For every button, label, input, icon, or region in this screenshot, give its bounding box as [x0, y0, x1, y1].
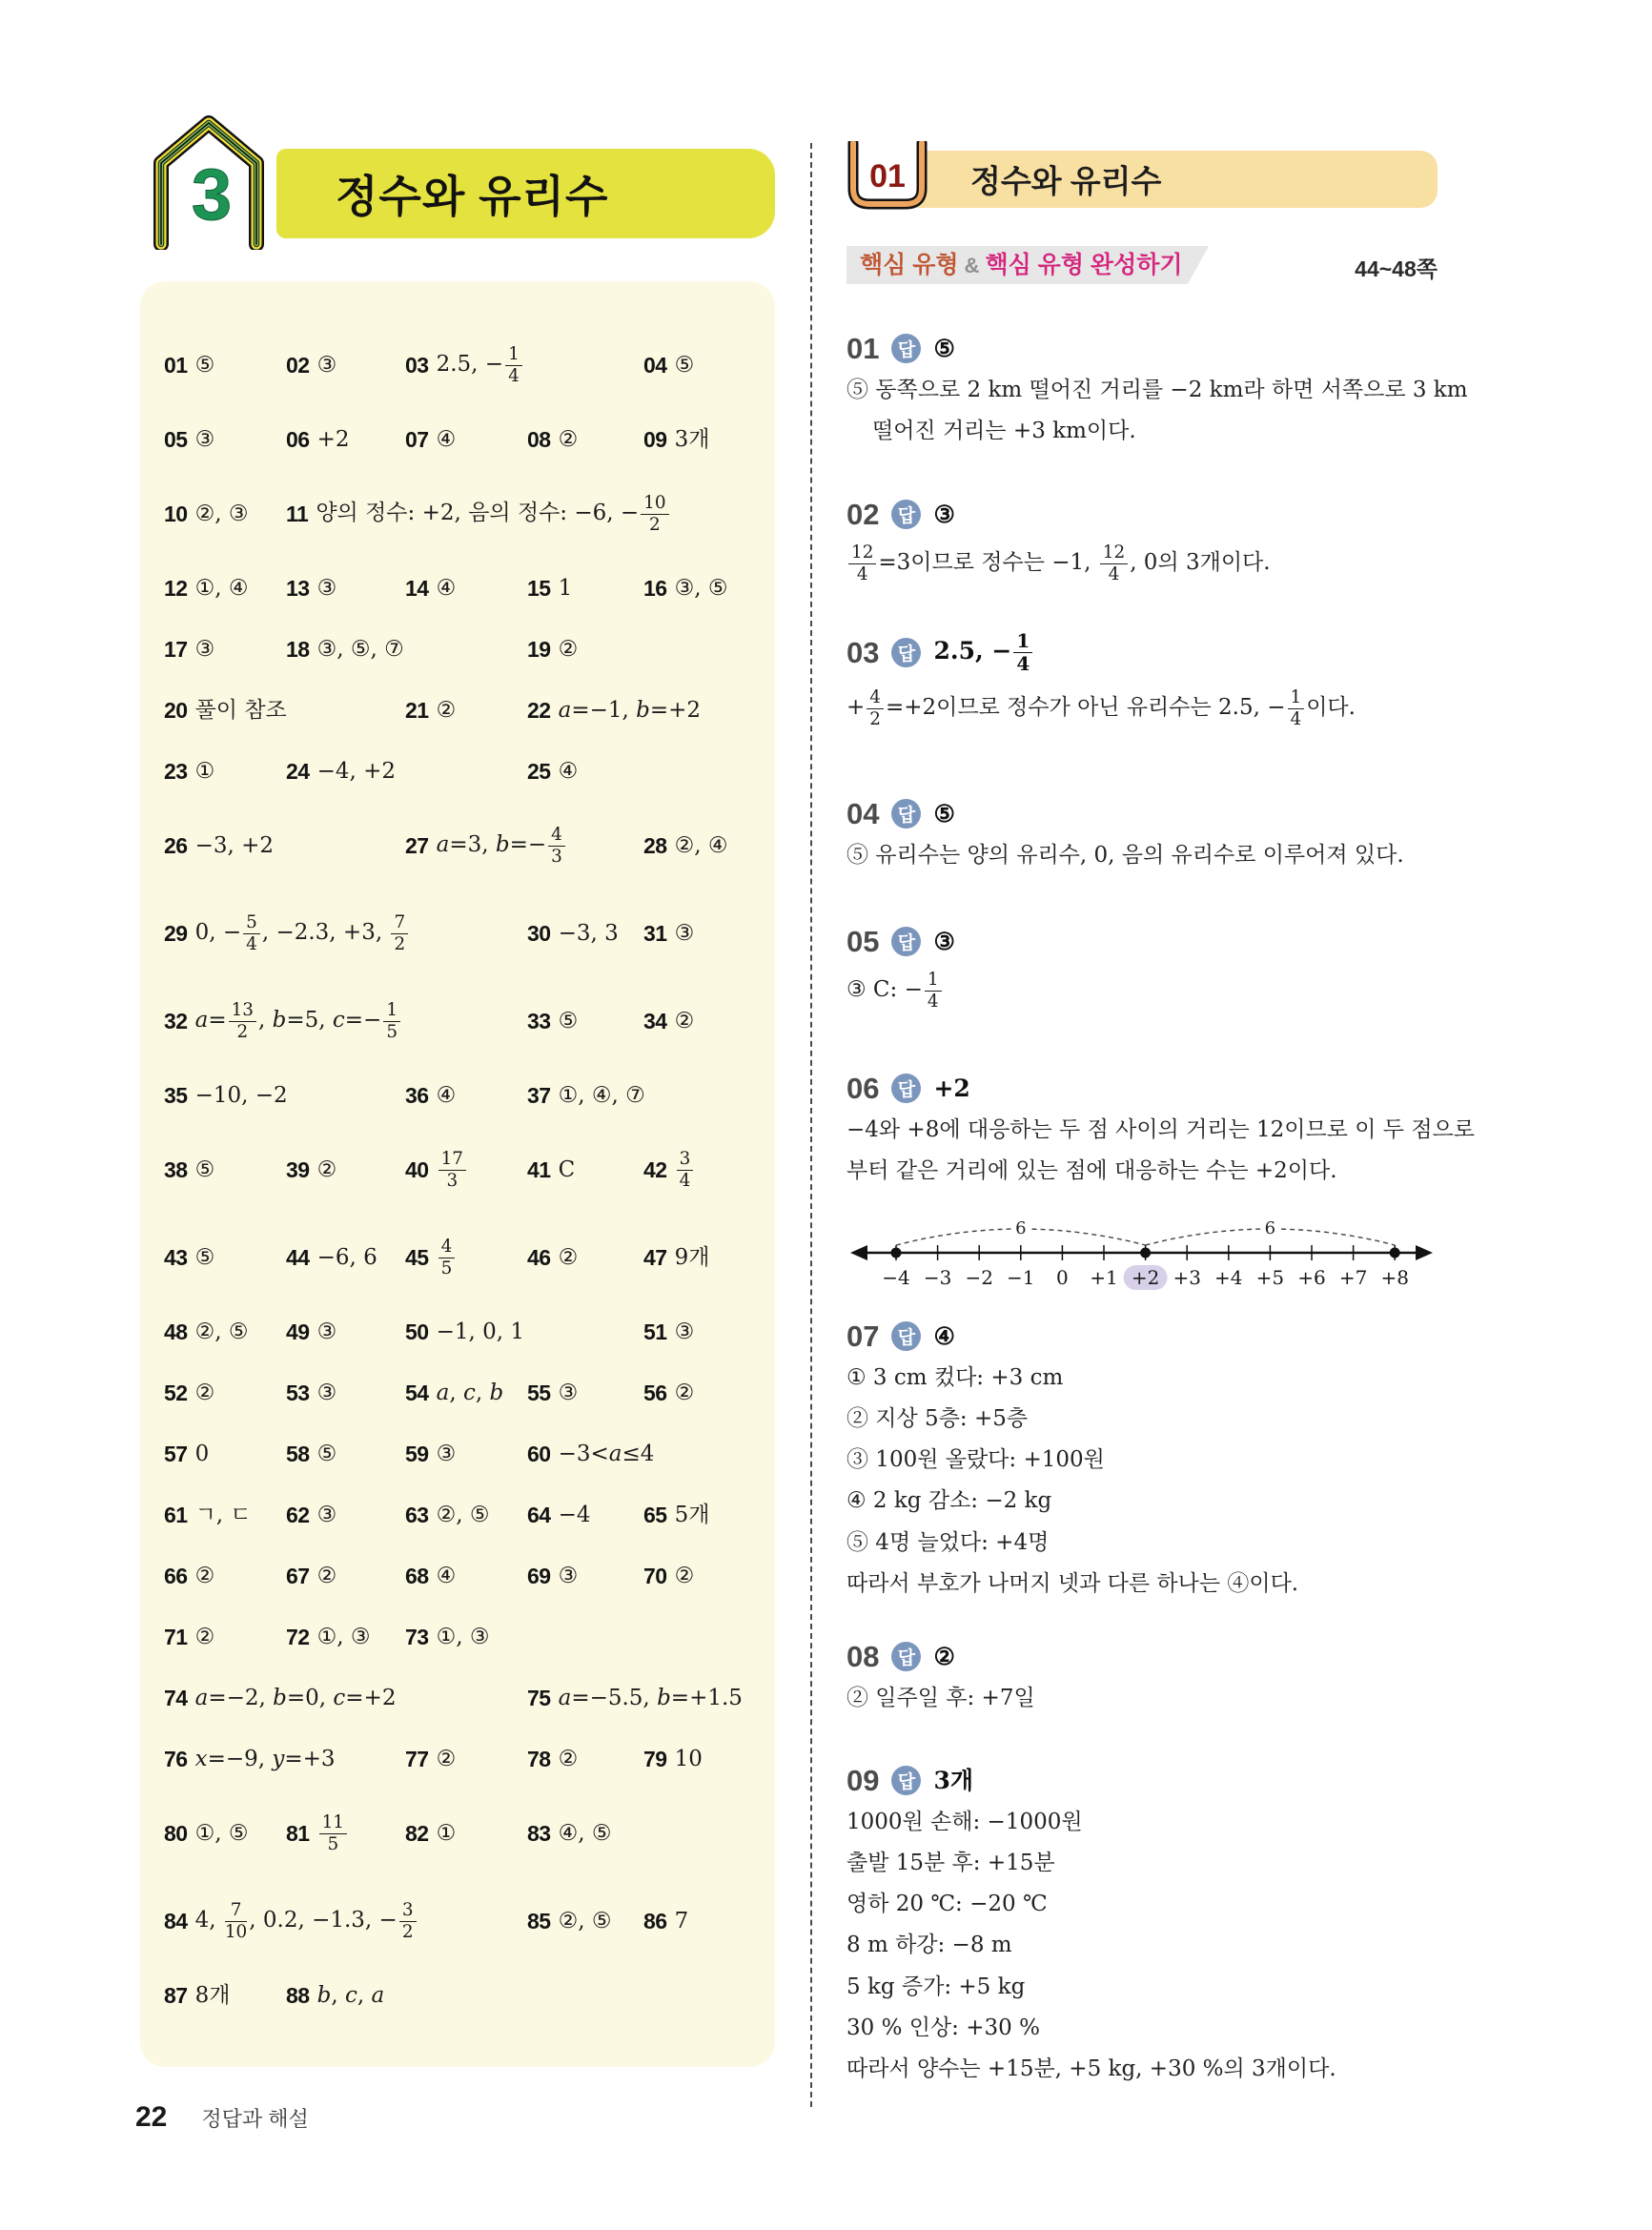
solution-head: 06 답 +2	[846, 1074, 1445, 1103]
answer-item: 40 173	[405, 1150, 468, 1190]
solution-line: ⑤ 동쪽으로 2 km 떨어진 거리를 −2 km라 하면 서쪽으로 3 km	[846, 378, 1445, 403]
answer-value: ②	[559, 637, 579, 662]
answer-value: ③, ⑤, ⑦	[317, 637, 404, 662]
answer-number: 04	[643, 355, 667, 377]
solution-block: 03 답 2.5, −14 +42=+2이므로 정수가 아닌 유리수는 2.5,…	[846, 631, 1445, 744]
answer-row: 84 4, 710, 0.2, −1.3, −32 85 ②, ⑤ 86 7	[164, 1877, 774, 1965]
solution-answer: ④	[933, 1323, 954, 1350]
answer-value: ②	[195, 1381, 215, 1405]
fraction: 710	[225, 1901, 247, 1941]
answer-value: ③	[195, 637, 215, 662]
answer-number: 45	[405, 1247, 429, 1269]
answer-item: 84 4, 710, 0.2, −1.3, −32	[164, 1901, 418, 1941]
answer-value: 173	[437, 1150, 468, 1190]
answer-item: 09 3개	[643, 427, 709, 452]
fraction: 54	[243, 913, 260, 953]
answer-value: a=−1, b=+2	[559, 698, 701, 723]
solution-line: 8 m 하강: −8 m	[846, 1933, 1445, 1958]
answer-number: 54	[405, 1382, 429, 1404]
answer-value: 45	[437, 1238, 458, 1278]
answer-number: 08	[527, 429, 551, 451]
solution-line: ③ C: −14	[846, 971, 1445, 1011]
fraction: 124	[848, 543, 876, 583]
answer-badge-icon: 답	[891, 1766, 921, 1795]
answer-row: 05 ③ 06 +2 07 ④ 08 ② 09 3개	[164, 409, 774, 470]
answer-value: ①, ④	[195, 576, 249, 601]
answer-value: ②	[195, 1564, 215, 1588]
answer-number: 41	[527, 1159, 551, 1181]
answer-value: ①, ③	[317, 1625, 371, 1649]
answer-row: 32 a=132, b=5, c=−15 33 ⑤ 34 ②	[164, 977, 774, 1065]
fraction: 42	[867, 688, 884, 728]
answer-item: 54 a, c, b	[405, 1381, 503, 1405]
answer-item: 68 ④	[405, 1564, 456, 1588]
answer-number: 21	[405, 700, 429, 722]
answer-row: 87 8개 88 b, c, a	[164, 1965, 774, 2026]
answer-value: ③	[675, 921, 695, 946]
answer-item: 83 ④, ⑤	[527, 1821, 611, 1846]
point-dot	[891, 1248, 902, 1258]
chapter-house-icon: 3	[132, 103, 286, 250]
solution-head: 09 답 3개	[846, 1766, 1445, 1795]
solution-line: ⑤ 4명 늘었다: +4명	[846, 1530, 1445, 1556]
answer-number: 57	[164, 1443, 188, 1465]
answer-item: 50 −1, 0, 1	[405, 1320, 524, 1344]
answer-value: ②	[317, 1157, 337, 1182]
answer-value: ③	[317, 576, 337, 601]
answer-badge-icon: 답	[891, 1642, 921, 1671]
fraction: 14	[1013, 631, 1032, 674]
solution-line: 30 % 인상: +30 %	[846, 2015, 1445, 2041]
fraction: 15	[383, 1001, 400, 1041]
answer-value: a=3, b=−43	[437, 826, 567, 866]
section-type-bar: 핵심 유형&핵심 유형 완성하기	[846, 246, 1209, 284]
answer-value: ③	[675, 1320, 695, 1344]
answer-item: 06 +2	[286, 427, 350, 452]
solution-body: ⑤ 유리수는 양의 유리수, 0, 음의 유리수로 이루어져 있다.	[846, 843, 1445, 869]
answer-item: 35 −10, −2	[164, 1083, 288, 1108]
solution-body: +42=+2이므로 정수가 아닌 유리수는 2.5, −14이다.	[846, 688, 1445, 728]
solution-line: 출발 15분 후: +15분	[846, 1851, 1445, 1876]
solution-block: 06 답 +2 −4와 +8에 대응하는 두 점 사이의 거리는 12이므로 이…	[846, 1074, 1445, 1298]
answer-value: ②	[195, 1625, 215, 1649]
answer-number: 49	[286, 1321, 310, 1343]
answer-box: 01 ⑤ 02 ③ 03 2.5, −14 04 ⑤ 05 ③ 06 +2 07…	[140, 281, 775, 2067]
answer-number: 70	[643, 1565, 667, 1587]
solution-answer: ②	[933, 1644, 954, 1670]
answer-value: a=−2, b=0, c=+2	[195, 1686, 397, 1710]
answer-value: ①	[437, 1821, 457, 1846]
answer-value: −6, 6	[317, 1245, 377, 1270]
section-label-core-type: 핵심 유형	[860, 252, 959, 278]
answer-number: 88	[286, 1985, 310, 2007]
answer-value: 양의 정수: +2, 음의 정수: −6, −102	[316, 494, 670, 534]
answer-value: ③	[317, 1503, 337, 1527]
fraction: 124	[1100, 543, 1128, 583]
answer-item: 27 a=3, b=−43	[405, 826, 567, 866]
answer-number: 12	[164, 578, 188, 600]
answer-value: ②	[559, 427, 579, 452]
answer-number: 06	[286, 429, 310, 451]
solution-line: ② 일주일 후: +7일	[846, 1686, 1445, 1711]
answer-item: 70 ②	[643, 1564, 694, 1588]
answer-value: ④, ⑤	[559, 1821, 612, 1846]
answer-item: 21 ②	[405, 698, 456, 723]
fraction: 32	[399, 1901, 417, 1941]
solution-block: 04 답 ⑤ ⑤ 유리수는 양의 유리수, 0, 음의 유리수로 이루어져 있다…	[846, 799, 1445, 884]
solution-block: 08 답 ② ② 일주일 후: +7일	[846, 1642, 1445, 1727]
answer-item: 77 ②	[405, 1747, 456, 1771]
fraction: 14	[505, 345, 522, 385]
solution-head: 02 답 ③	[846, 500, 1445, 529]
answer-value: −3<a≤4	[559, 1442, 655, 1466]
answer-item: 25 ④	[527, 759, 578, 784]
solution-line: ② 지상 5층: +5층	[846, 1406, 1445, 1432]
answer-number: 73	[405, 1626, 429, 1648]
answer-value: ①	[195, 759, 215, 784]
answer-value: ④	[559, 759, 579, 784]
solution-number: 08	[846, 1642, 879, 1671]
answer-item: 82 ①	[405, 1821, 456, 1846]
fraction: 173	[438, 1150, 466, 1190]
solution-line: 124=3이므로 정수는 −1, 124, 0의 3개이다.	[846, 543, 1445, 583]
answer-item: 73 ①, ③	[405, 1625, 489, 1649]
answer-value: ④	[437, 1083, 457, 1108]
answer-value: ②, ③	[195, 501, 249, 526]
answer-item: 52 ②	[164, 1381, 214, 1405]
answer-row: 80 ①, ⑤ 81 115 82 ① 83 ④, ⑤	[164, 1790, 774, 1877]
answer-number: 22	[527, 700, 551, 722]
answer-number: 46	[527, 1247, 551, 1269]
fraction: 102	[641, 494, 668, 534]
answer-item: 11 양의 정수: +2, 음의 정수: −6, −102	[286, 494, 671, 534]
answer-value: 9개	[675, 1245, 710, 1270]
answer-number: 62	[286, 1504, 310, 1526]
answer-value: 0, −54, −2.3, +3, 72	[195, 913, 411, 953]
answer-item: 19 ②	[527, 637, 578, 662]
answer-item: 63 ②, ⑤	[405, 1503, 489, 1527]
answer-number: 23	[164, 761, 188, 783]
answer-number: 60	[527, 1443, 551, 1465]
solution-block: 09 답 3개 1000원 손해: −1000원출발 15분 후: +15분영하…	[846, 1766, 1445, 2097]
tick-label: +4	[1214, 1266, 1242, 1289]
answer-number: 65	[643, 1504, 667, 1526]
solution-answer: ③	[933, 929, 954, 955]
answer-item: 60 −3<a≤4	[527, 1442, 654, 1466]
unit-number-bracket-icon: 01	[843, 141, 932, 214]
answer-value: ⑤	[195, 1245, 215, 1270]
answer-badge-icon: 답	[891, 927, 921, 956]
solution-body: ① 3 cm 컸다: +3 cm② 지상 5층: +5층③ 100원 올랐다: …	[846, 1365, 1445, 1597]
answer-number: 36	[405, 1085, 429, 1107]
answer-value: 4, 710, 0.2, −1.3, −32	[195, 1901, 418, 1941]
answer-value: ②	[675, 1564, 695, 1588]
answer-item: 08 ②	[527, 427, 578, 452]
answer-row: 35 −10, −2 36 ④ 37 ①, ④, ⑦	[164, 1065, 774, 1126]
answer-item: 18 ③, ⑤, ⑦	[286, 637, 404, 662]
answer-number: 17	[164, 639, 188, 661]
answer-number: 05	[164, 429, 188, 451]
answer-value: a, c, b	[437, 1381, 504, 1405]
answer-item: 64 −4	[527, 1503, 591, 1527]
solution-block: 02 답 ③ 124=3이므로 정수는 −1, 124, 0의 3개이다.	[846, 500, 1445, 599]
answer-number: 84	[164, 1911, 188, 1933]
solution-head: 08 답 ②	[846, 1642, 1445, 1671]
answer-item: 34 ②	[643, 1009, 694, 1033]
answer-number: 69	[527, 1565, 551, 1587]
answer-number: 72	[286, 1626, 310, 1648]
answer-item: 23 ①	[164, 759, 214, 784]
answer-item: 33 ⑤	[527, 1009, 578, 1033]
answer-item: 71 ②	[164, 1625, 214, 1649]
answer-value: 5개	[675, 1503, 710, 1527]
answer-value: b, c, a	[317, 1983, 385, 2008]
fraction: 132	[229, 1001, 256, 1041]
answer-row: 23 ① 24 −4, +2 25 ④	[164, 741, 774, 802]
answer-number: 79	[643, 1749, 667, 1770]
answer-number: 80	[164, 1823, 188, 1845]
answer-value: ②	[559, 1747, 579, 1771]
answer-number: 86	[643, 1911, 667, 1933]
solution-line: 5 kg 증가: +5 kg	[846, 1974, 1445, 2000]
answer-number: 18	[286, 639, 310, 661]
solution-number: 06	[846, 1074, 879, 1103]
answer-number: 56	[643, 1382, 667, 1404]
answer-value: a=132, b=5, c=−15	[195, 1001, 402, 1041]
answer-row: 17 ③ 18 ③, ⑤, ⑦ 19 ②	[164, 619, 774, 680]
answer-item: 75 a=−5.5, b=+1.5	[527, 1686, 743, 1710]
answer-number: 55	[527, 1382, 551, 1404]
solution-line: 영하 20 ℃: −20 ℃	[846, 1892, 1445, 1917]
answer-number: 29	[164, 923, 188, 945]
answer-number: 30	[527, 923, 551, 945]
answer-value: ㄱ, ㄷ	[195, 1503, 252, 1527]
answer-value: ③	[195, 427, 215, 452]
answer-number: 34	[643, 1011, 667, 1033]
answer-item: 07 ④	[405, 427, 456, 452]
answer-item: 56 ②	[643, 1381, 694, 1405]
solution-body: 1000원 손해: −1000원출발 15분 후: +15분영하 20 ℃: −…	[846, 1810, 1445, 2082]
answer-item: 53 ③	[286, 1381, 337, 1405]
answer-item: 41 C	[527, 1157, 575, 1182]
solution-answer: ⑤	[933, 801, 954, 828]
answer-value: ③, ⑤	[675, 576, 728, 601]
answer-item: 87 8개	[164, 1983, 230, 2008]
answer-number: 61	[164, 1504, 188, 1526]
point-dot	[1140, 1248, 1151, 1258]
answer-value: 3개	[675, 427, 710, 452]
solution-body: ② 일주일 후: +7일	[846, 1686, 1445, 1711]
answer-number: 52	[164, 1382, 188, 1404]
answer-number: 68	[405, 1565, 429, 1587]
point-dot	[1390, 1248, 1400, 1258]
solution-number: 03	[846, 638, 879, 667]
answer-value: 풀이 참조	[195, 698, 287, 723]
answer-value: ②	[437, 1747, 457, 1771]
answer-value: ②	[559, 1245, 579, 1270]
solution-body: ③ C: −14	[846, 971, 1445, 1011]
answer-value: ⑤	[675, 353, 695, 378]
answer-number: 11	[286, 503, 308, 525]
answer-item: 57 0	[164, 1442, 209, 1466]
solution-line: ① 3 cm 컸다: +3 cm	[846, 1365, 1445, 1391]
answer-badge-icon: 답	[891, 638, 921, 667]
answer-row: 57 0 58 ⑤ 59 ③ 60 −3<a≤4	[164, 1423, 774, 1484]
answer-item: 66 ②	[164, 1564, 214, 1588]
answer-badge-icon: 답	[891, 799, 921, 829]
answer-item: 29 0, −54, −2.3, +3, 72	[164, 913, 410, 953]
answer-item: 48 ②, ⑤	[164, 1320, 248, 1344]
unit-banner: 정수와 유리수	[915, 151, 1438, 208]
solution-line: ⑤ 유리수는 양의 유리수, 0, 음의 유리수로 이루어져 있다.	[846, 843, 1445, 869]
answer-value: ②, ⑤	[195, 1320, 249, 1344]
answer-number: 71	[164, 1626, 188, 1648]
unit-title: 정수와 유리수	[970, 157, 1161, 202]
answer-badge-icon: 답	[891, 1321, 921, 1351]
answer-item: 17 ③	[164, 637, 214, 662]
answer-item: 72 ①, ③	[286, 1625, 370, 1649]
answer-item: 28 ②, ④	[643, 833, 727, 858]
answer-number: 50	[405, 1321, 429, 1343]
answer-value: −4, +2	[317, 759, 396, 784]
answer-item: 37 ①, ④, ⑦	[527, 1083, 645, 1108]
answer-badge-icon: 답	[891, 1074, 921, 1103]
answer-number: 66	[164, 1565, 188, 1587]
answer-number: 10	[164, 503, 188, 525]
solution-line: ③ 100원 올랐다: +100원	[846, 1447, 1445, 1473]
answer-item: 47 9개	[643, 1245, 709, 1270]
column-divider	[810, 143, 812, 2107]
answer-row: 52 ② 53 ③ 54 a, c, b 55 ③ 56 ②	[164, 1362, 774, 1423]
answer-number: 76	[164, 1749, 188, 1770]
solution-block: 05 답 ③ ③ C: −14	[846, 927, 1445, 1026]
answer-value: +2	[317, 427, 350, 452]
answer-item: 80 ①, ⑤	[164, 1821, 248, 1846]
answer-row: 48 ②, ⑤ 49 ③ 50 −1, 0, 1 51 ③	[164, 1301, 774, 1362]
answer-number: 44	[286, 1247, 310, 1269]
tick-label: +5	[1256, 1266, 1284, 1289]
answer-row: 74 a=−2, b=0, c=+2 75 a=−5.5, b=+1.5	[164, 1667, 774, 1729]
fraction: 14	[925, 971, 942, 1011]
answer-number: 74	[164, 1688, 188, 1709]
answer-number: 48	[164, 1321, 188, 1343]
solution-number: 05	[846, 927, 879, 956]
answer-number: 35	[164, 1085, 188, 1107]
arc-label: 6	[1015, 1218, 1026, 1238]
answer-item: 74 a=−2, b=0, c=+2	[164, 1686, 396, 1710]
solution-line: ④ 2 kg 감소: −2 kg	[846, 1488, 1445, 1514]
answer-item: 88 b, c, a	[286, 1983, 384, 2008]
tick-label: +3	[1173, 1266, 1200, 1289]
answer-item: 39 ②	[286, 1157, 337, 1182]
chapter-number: 3	[192, 154, 232, 235]
answer-item: 12 ①, ④	[164, 576, 248, 601]
answer-number: 81	[286, 1823, 310, 1845]
answer-row: 71 ② 72 ①, ③ 73 ①, ③	[164, 1606, 774, 1667]
answer-item: 78 ②	[527, 1747, 578, 1771]
solution-line: +42=+2이므로 정수가 아닌 유리수는 2.5, −14이다.	[846, 688, 1445, 728]
solution-number: 07	[846, 1321, 879, 1351]
answer-number: 75	[527, 1688, 551, 1709]
answer-number: 31	[643, 923, 667, 945]
answer-row: 29 0, −54, −2.3, +3, 72 30 −3, 3 31 ③	[164, 890, 774, 977]
page-footer: 22 정답과 해설	[135, 2103, 309, 2132]
solution-head: 07 답 ④	[846, 1321, 1445, 1351]
answer-number: 14	[405, 578, 429, 600]
answer-number: 20	[164, 700, 188, 722]
answer-item: 61 ㄱ, ㄷ	[164, 1503, 252, 1527]
page-range-label: 44~48쪽	[1277, 252, 1438, 283]
answer-row: 10 ②, ③ 11 양의 정수: +2, 음의 정수: −6, −102	[164, 470, 774, 558]
answer-value: ②	[437, 698, 457, 723]
answer-number: 39	[286, 1159, 310, 1181]
fraction: 72	[391, 913, 408, 953]
answer-item: 13 ③	[286, 576, 337, 601]
solution-answer: 2.5, −14	[933, 631, 1034, 674]
axis-arrow-right	[1416, 1245, 1433, 1260]
answer-number: 40	[405, 1159, 429, 1181]
answer-number: 33	[527, 1011, 551, 1033]
solution-number: 04	[846, 799, 879, 829]
solution-head: 03 답 2.5, −14	[846, 631, 1445, 674]
answer-value: ⑤	[559, 1009, 579, 1033]
answer-value: ④	[437, 576, 457, 601]
answer-item: 32 a=132, b=5, c=−15	[164, 1001, 402, 1041]
answer-item: 38 ⑤	[164, 1157, 214, 1182]
solution-answer: ⑤	[933, 336, 954, 362]
answer-value: x=−9, y=+3	[195, 1747, 336, 1771]
answer-number: 24	[286, 761, 310, 783]
answer-number: 83	[527, 1823, 551, 1845]
solution-line: −4와 +8에 대응하는 두 점 사이의 거리는 12이므로 이 두 점으로	[846, 1117, 1445, 1143]
answer-value: ②	[675, 1009, 695, 1033]
answer-item: 59 ③	[405, 1442, 456, 1466]
answer-number: 78	[527, 1749, 551, 1770]
answer-row: 61 ㄱ, ㄷ 62 ③ 63 ②, ⑤ 64 −4 65 5개	[164, 1484, 774, 1545]
answer-value: −10, −2	[195, 1083, 288, 1108]
solution-number: 02	[846, 500, 879, 529]
answer-value: ②	[675, 1381, 695, 1405]
answer-number: 07	[405, 429, 429, 451]
answer-item: 45 45	[405, 1238, 457, 1278]
answer-item: 51 ③	[643, 1320, 694, 1344]
answer-number: 19	[527, 639, 551, 661]
answer-number: 32	[164, 1011, 188, 1033]
answer-number: 13	[286, 578, 310, 600]
answer-value: ②, ④	[675, 833, 728, 858]
solution-line: 떨어진 거리는 +3 km이다.	[846, 419, 1445, 444]
answer-row: 66 ② 67 ② 68 ④ 69 ③ 70 ②	[164, 1545, 774, 1606]
answer-number: 37	[527, 1085, 551, 1107]
page-number: 22	[135, 2103, 167, 2132]
answer-number: 27	[405, 835, 429, 857]
answer-value: ⑤	[195, 1157, 215, 1182]
answer-item: 14 ④	[405, 576, 456, 601]
tick-label: −4	[882, 1266, 909, 1289]
fraction: 14	[1288, 688, 1305, 728]
fraction: 45	[438, 1238, 456, 1278]
fraction: 34	[677, 1150, 694, 1190]
tick-label: +6	[1297, 1266, 1325, 1289]
textbook-page: 정수와 유리수 3 01 ⑤ 02 ③ 03 2.5, −14 04 ⑤ 05 …	[0, 0, 1652, 2230]
answer-value: a=−5.5, b=+1.5	[559, 1686, 743, 1710]
answer-value: ②, ⑤	[437, 1503, 490, 1527]
answer-row: 12 ①, ④ 13 ③ 14 ④ 15 1 16 ③, ⑤	[164, 558, 774, 619]
answer-number: 25	[527, 761, 551, 783]
answer-value: 115	[317, 1813, 349, 1853]
answer-value: −3, +2	[195, 833, 274, 858]
solution-head: 05 답 ③	[846, 927, 1445, 956]
